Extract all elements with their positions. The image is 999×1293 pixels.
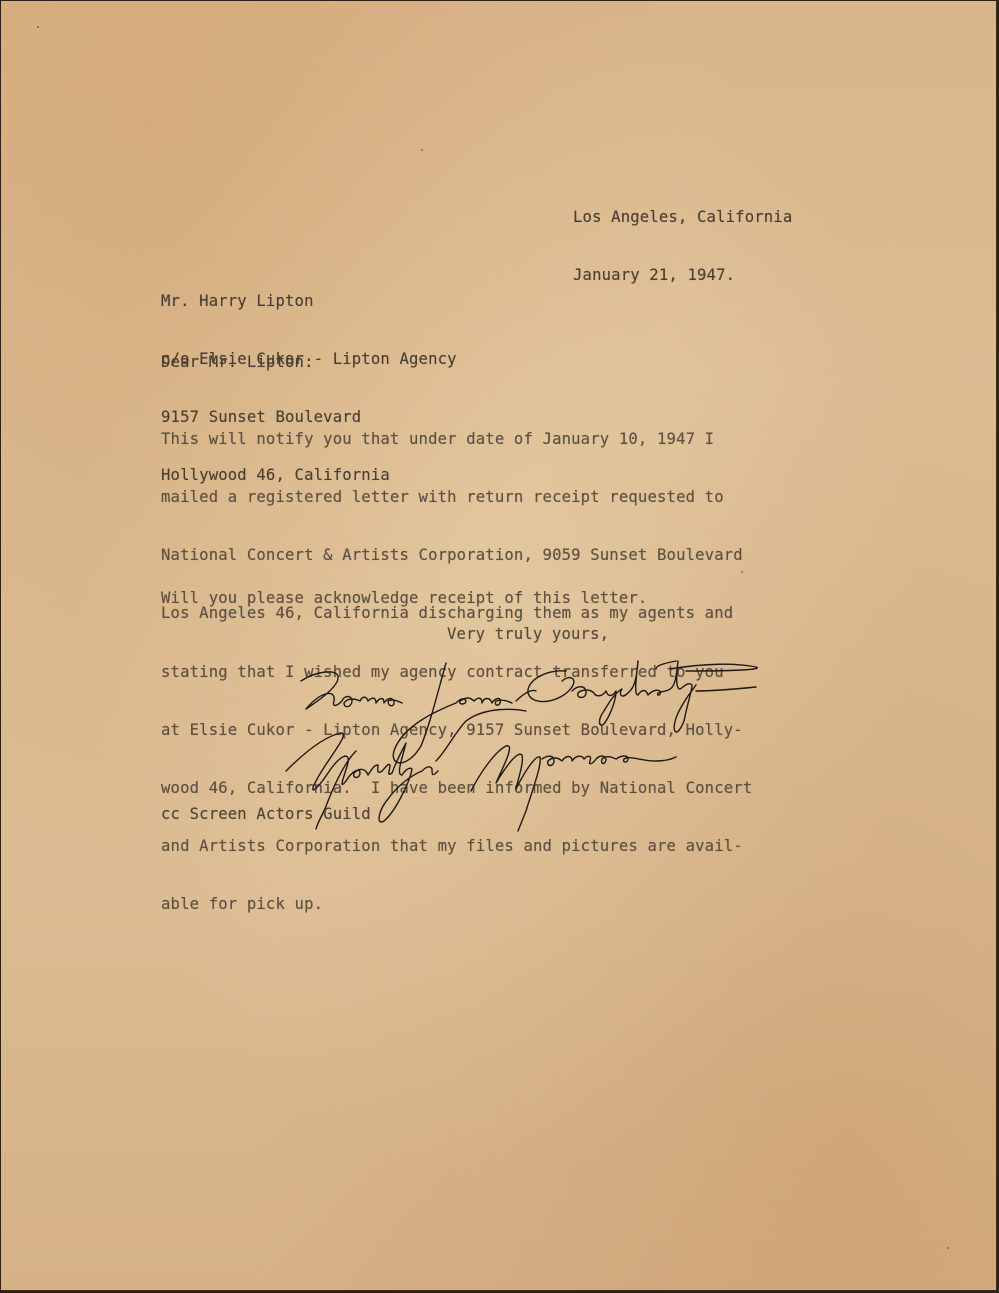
closing: Very truly yours,: [447, 625, 609, 644]
body-line: able for pick up.: [161, 895, 752, 914]
letter-date: January 21, 1947.: [573, 266, 792, 285]
body-line: National Concert & Artists Corporation, …: [161, 546, 752, 565]
salutation: Dear Mr. Lipton:: [161, 353, 314, 372]
paper-speck: [37, 26, 39, 28]
letter-page: Los Angeles, California January 21, 1947…: [1, 1, 997, 1291]
recipient-name: Mr. Harry Lipton: [161, 292, 457, 311]
body-line: mailed a registered letter with return r…: [161, 488, 752, 507]
city-state: Los Angeles, California: [573, 208, 792, 227]
paper-speck: [741, 571, 743, 573]
acknowledge-request: Will you please acknowledge receipt of t…: [161, 589, 647, 608]
date-block: Los Angeles, California January 21, 1947…: [573, 169, 792, 324]
body-line: This will notify you that under date of …: [161, 430, 752, 449]
paper-speck: [947, 1247, 949, 1249]
cc-line: cc Screen Actors Guild: [161, 805, 371, 824]
paper-speck: [421, 149, 423, 151]
